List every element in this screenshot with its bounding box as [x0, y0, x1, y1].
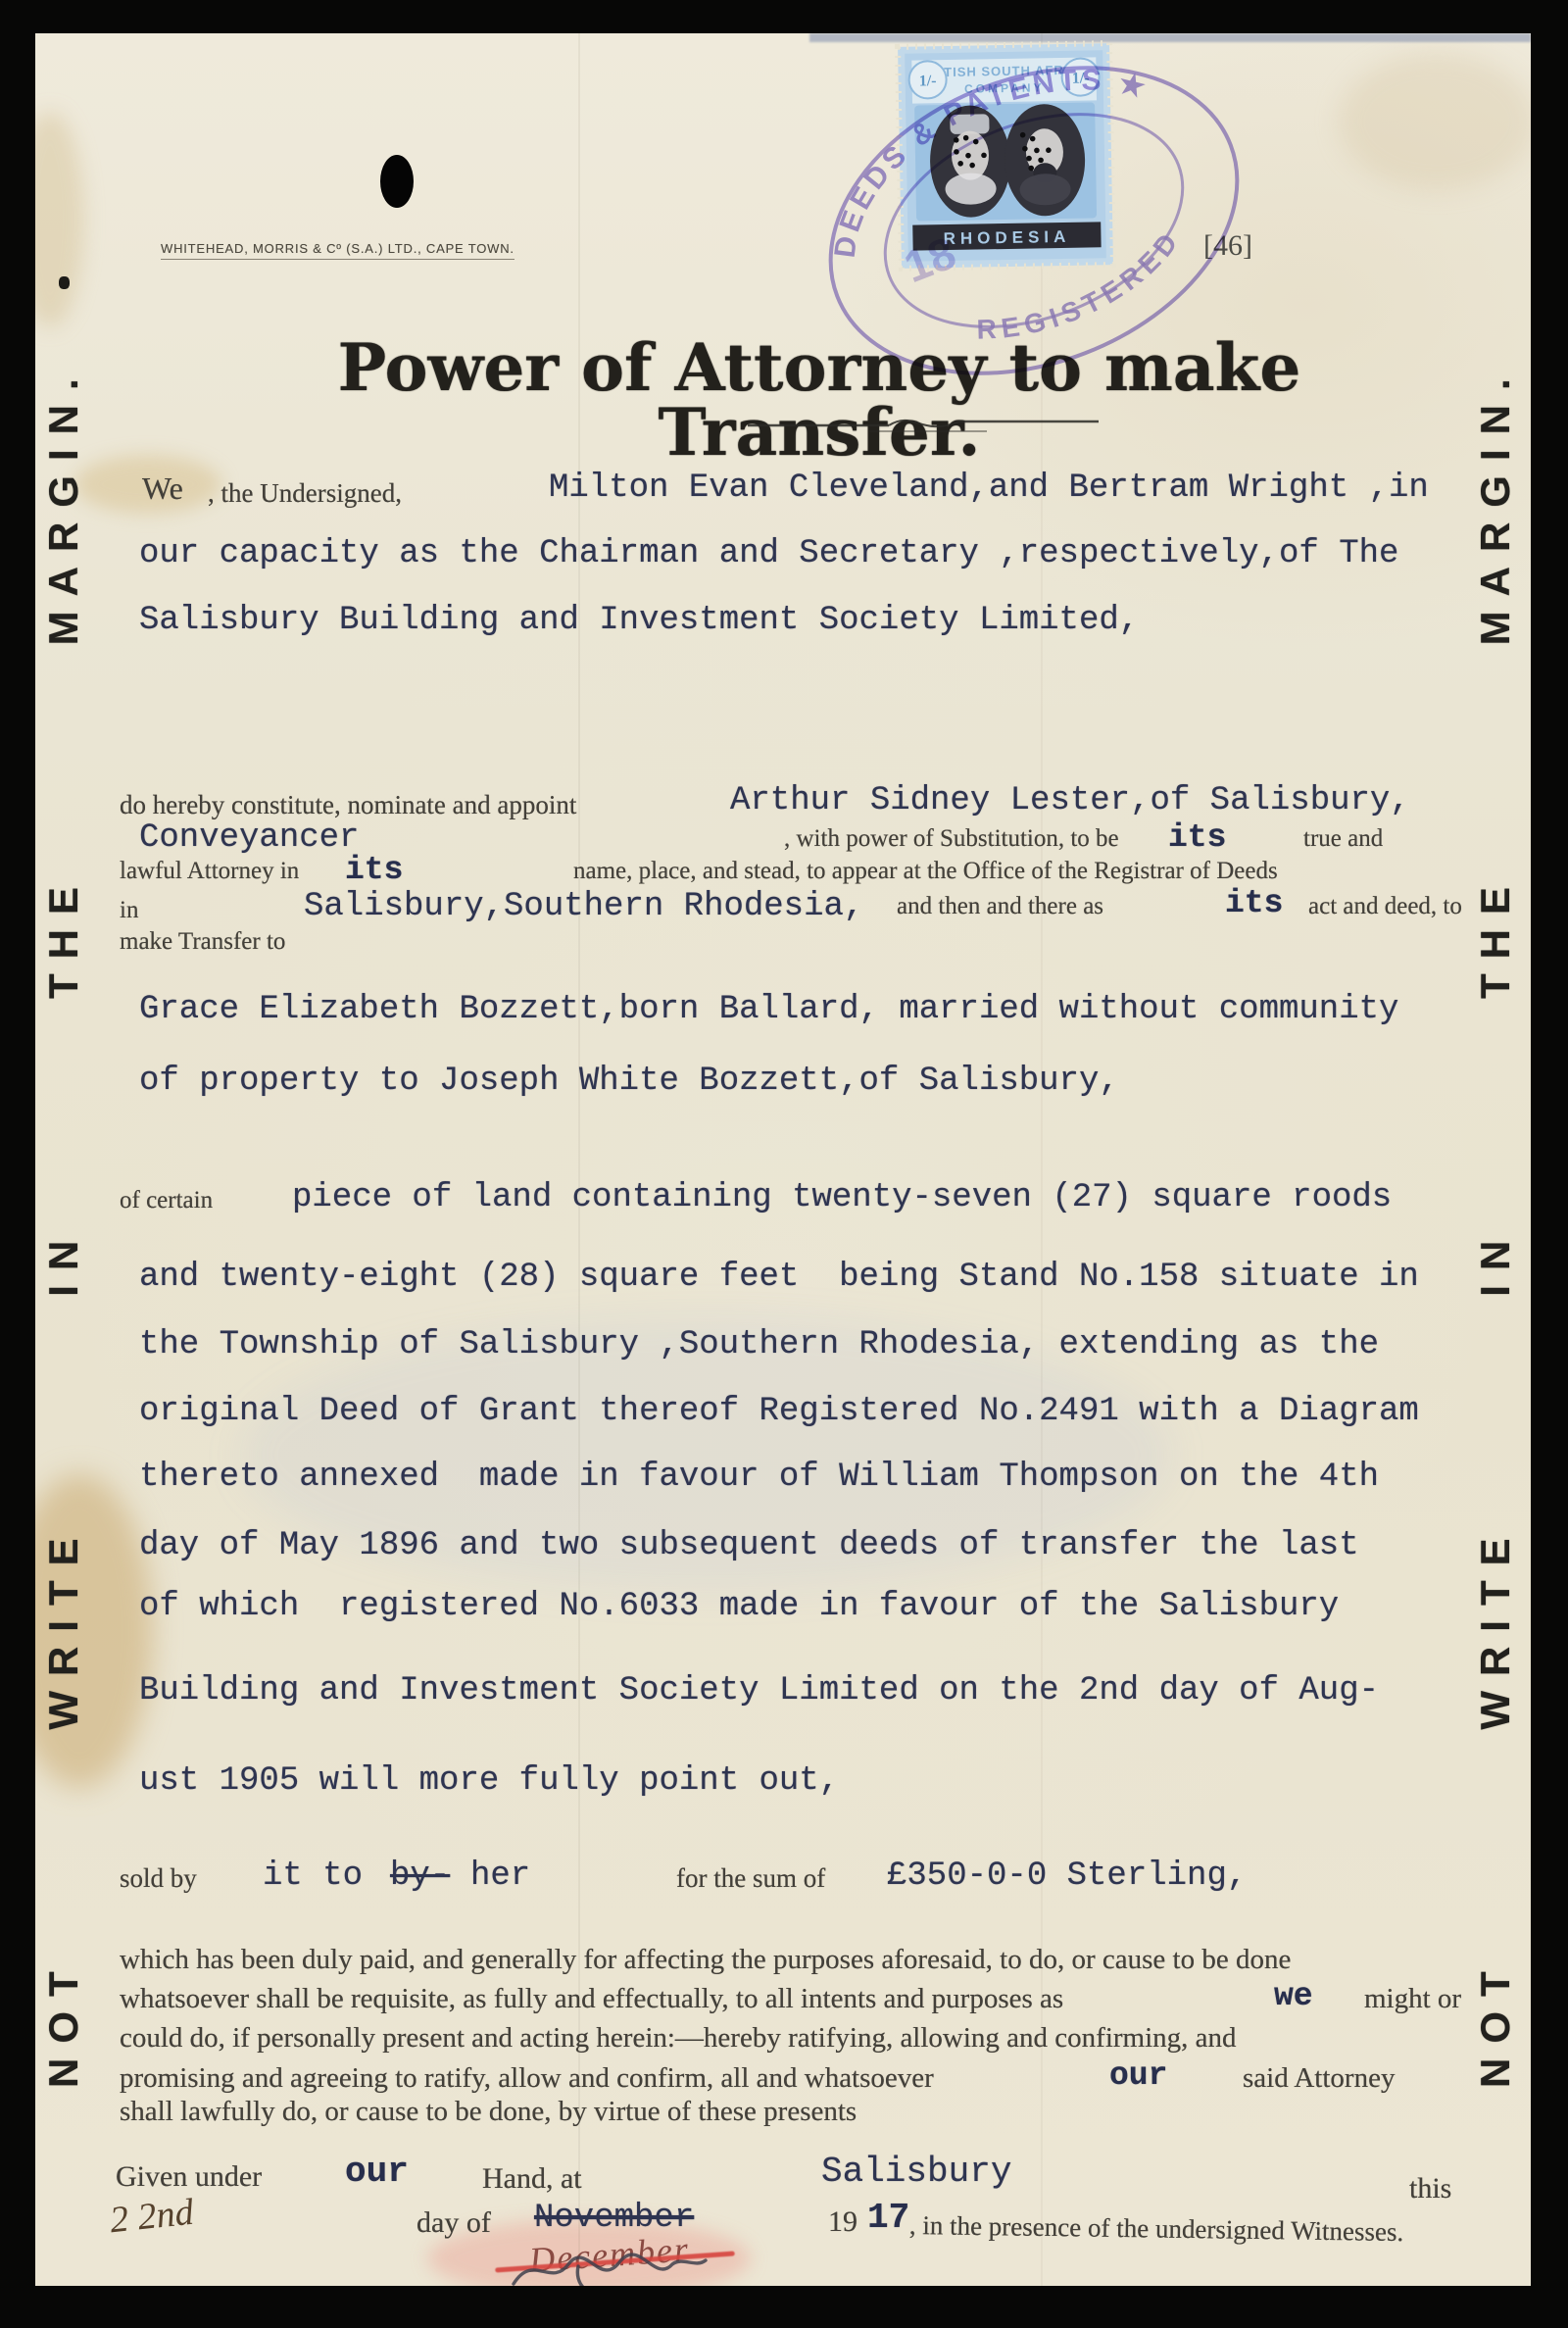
- we-insert: we: [1274, 1980, 1313, 2012]
- transferee-spouse-line: of property to Joseph White Bozzett,of S…: [139, 1065, 1119, 1098]
- attorney-occupation: Conveyancer: [139, 821, 359, 855]
- thompson-line: thereto annexed made in favour of Willia…: [139, 1461, 1379, 1494]
- undersigned-label: , the Undersigned,: [208, 480, 402, 507]
- in-label: in: [120, 898, 138, 922]
- pronoun-we: We: [142, 472, 183, 504]
- margin-warning-right: NOT WRITE IN THE MARGIN.: [1467, 265, 1524, 2088]
- legal-line-3: could do, if personally present and acti…: [120, 2024, 1237, 2053]
- struck-by-word: by-: [390, 1859, 450, 1893]
- registry-location: Salisbury,Southern Rhodesia,: [304, 890, 863, 923]
- legal-line-1: which has been duly paid, and generally …: [120, 1946, 1291, 1974]
- lawful-attorney-clause: lawful Attorney in: [120, 859, 299, 883]
- our-insert: our: [1109, 2059, 1167, 2092]
- legal-line-4: promising and agreeing to ratify, allow …: [120, 2064, 934, 2093]
- purchase-price: £350-0-0 Sterling,: [887, 1859, 1247, 1893]
- sum-of-label: for the sum of: [676, 1865, 825, 1892]
- svg-text:DEEDS & PATENTS ★: DEEDS & PATENTS ★: [791, 33, 1177, 270]
- deed-grant-line: original Deed of Grant thereof Registere…: [139, 1395, 1419, 1428]
- this-label: this: [1409, 2174, 1451, 2204]
- margin-warning-left: NOT WRITE IN THE MARGIN.: [35, 265, 92, 2088]
- svg-text:REGISTERED: REGISTERED: [960, 218, 1200, 362]
- property-size-line2: and twenty-eight (28) square feet being …: [139, 1261, 1419, 1294]
- point-out-line: ust 1905 will more fully point out,: [139, 1764, 839, 1798]
- document-scan: NOT WRITE IN THE MARGIN. NOT WRITE IN TH…: [0, 0, 1568, 2328]
- year-typed-17: 17: [867, 2201, 909, 2236]
- might-or-clause: might or: [1364, 1985, 1461, 2013]
- registered-6033-line: of which registered No.6033 made in favo…: [139, 1590, 1339, 1623]
- stain-top-right: [1339, 53, 1531, 190]
- may-1896-line: day of May 1896 and two subsequent deeds…: [139, 1529, 1359, 1562]
- registrar-clause: name, place, and stead, to appear at the…: [573, 859, 1278, 883]
- hand-at-label: Hand, at: [482, 2164, 582, 2194]
- signature-scribble: [510, 2254, 715, 2286]
- its-insert-3: its: [1225, 887, 1283, 919]
- of-certain-label: of certain: [120, 1188, 213, 1213]
- its-insert-1: its: [1168, 821, 1226, 854]
- society-transfer-line: Building and Investment Society Limited …: [139, 1674, 1379, 1708]
- make-transfer-label: make Transfer to: [120, 929, 285, 954]
- true-and-clause: true and: [1303, 826, 1383, 851]
- its-insert-2: its: [345, 854, 403, 886]
- punch-hole: [380, 155, 414, 208]
- year-printed-19: 19: [828, 2207, 857, 2237]
- principals-names: Milton Evan Cleveland,and Bertram Wright…: [549, 471, 1429, 505]
- sold-by-label: sold by: [120, 1865, 197, 1892]
- sold-by-it-to: it to: [263, 1859, 363, 1893]
- township-line: the Township of Salisbury ,Southern Rhod…: [139, 1328, 1379, 1362]
- registry-oval-stamp: DEEDS & PATENTS ★ REGISTERED 18: [804, 39, 1264, 431]
- transferee-name-line: Grace Elizabeth Bozzett,born Ballard, ma…: [139, 993, 1398, 1026]
- society-name-line: Salisbury Building and Investment Societ…: [139, 604, 1139, 637]
- deed-page: NOT WRITE IN THE MARGIN. NOT WRITE IN TH…: [35, 33, 1531, 2286]
- sold-to-her: her: [470, 1859, 530, 1893]
- witnesses-clause: , in the presence of the undersigned Wit…: [909, 2212, 1404, 2246]
- handwritten-day-number: 2 2nd: [108, 2194, 195, 2240]
- oval-stamp-faint-number: 18: [898, 226, 962, 292]
- execution-place: Salisbury: [821, 2155, 1011, 2190]
- oval-stamp-bottom-text: REGISTERED: [960, 218, 1200, 362]
- act-deed-clause: act and deed, to: [1308, 894, 1462, 918]
- our-hand-insert: our: [345, 2155, 409, 2190]
- substitution-clause: , with power of Substitution, to be: [784, 826, 1119, 851]
- day-of-label: day of: [416, 2208, 491, 2238]
- attorney-name: Arthur Sidney Lester,of Salisbury,: [730, 784, 1410, 817]
- legal-line-5: shall lawfully do, or cause to be done, …: [120, 2098, 857, 2126]
- oval-stamp-top-text: DEEDS & PATENTS ★: [791, 33, 1177, 270]
- property-size-line1: piece of land containing twenty-seven (2…: [292, 1181, 1392, 1214]
- capacity-line: our capacity as the Chairman and Secreta…: [139, 537, 1398, 570]
- printer-imprint: WHITEHEAD, MORRIS & Cº (S.A.) LTD., CAPE…: [161, 241, 514, 260]
- legal-line-2: whatsoever shall be requisite, as fully …: [120, 1985, 1063, 2013]
- then-there-clause: and then and there as: [897, 894, 1103, 918]
- given-under-label: Given under: [116, 2162, 262, 2192]
- said-attorney-clause: said Attorney: [1243, 2064, 1395, 2093]
- appoint-clause: do hereby constitute, nominate and appoi…: [120, 792, 576, 818]
